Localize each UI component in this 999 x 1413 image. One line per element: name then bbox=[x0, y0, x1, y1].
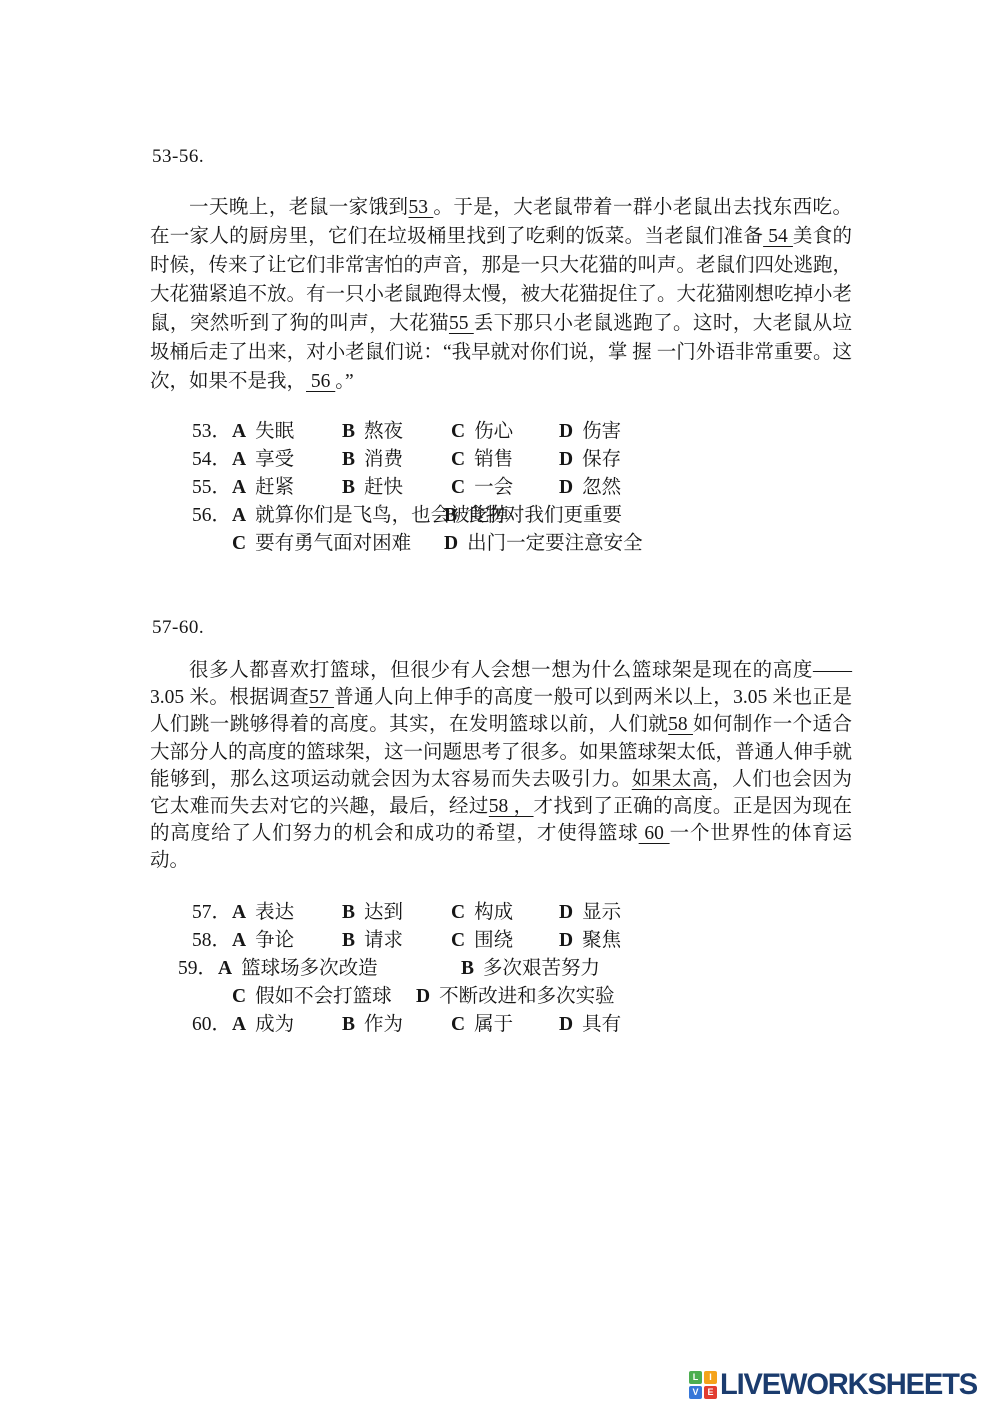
option-53-D[interactable]: D伤害 bbox=[559, 418, 621, 446]
option-54-B[interactable]: B消费 bbox=[342, 446, 451, 474]
liveworksheets-grid-icon: L I V E bbox=[689, 1371, 717, 1399]
option-55-C[interactable]: C一会 bbox=[451, 474, 559, 502]
option-57-C[interactable]: C构成 bbox=[451, 899, 559, 927]
blank-55[interactable]: 55 bbox=[449, 313, 474, 334]
option-56-D[interactable]: D出门一定要注意安全 bbox=[444, 530, 643, 558]
passage-text: 。” bbox=[335, 371, 353, 392]
option-58-C[interactable]: C围绕 bbox=[451, 927, 559, 955]
question-number: 57． bbox=[192, 899, 232, 927]
option-59-A[interactable]: A篮球场多次改造 bbox=[218, 955, 461, 983]
underlined-phrase: 如果太高 bbox=[632, 769, 712, 790]
questions-53-56: 53． A失眠 B熬夜 C伤心 D伤害 54． A享受 B消费 C销售 D保存 … bbox=[192, 418, 872, 558]
passage-53-56: 一天晚上，老鼠一家饿到53 。于是，大老鼠带着一群小老鼠出去找东西吃。在一家人的… bbox=[150, 193, 852, 396]
questions-57-60: 57． A表达 B达到 C构成 D显示 58． A争论 B请求 C围绕 D聚焦 … bbox=[192, 899, 872, 1039]
section-heading-57-60: 57-60. bbox=[152, 617, 204, 638]
question-59-continued: C假如不会打篮球 D不断改进和多次实验 bbox=[192, 983, 872, 1011]
option-58-D[interactable]: D聚焦 bbox=[559, 927, 621, 955]
question-number: 53． bbox=[192, 418, 232, 446]
option-55-D[interactable]: D忽然 bbox=[559, 474, 621, 502]
option-55-A[interactable]: A赶紧 bbox=[232, 474, 342, 502]
question-56-continued: C要有勇气面对困难 D出门一定要注意安全 bbox=[192, 530, 872, 558]
blank-58[interactable]: 58 bbox=[668, 714, 693, 735]
question-number: 59． bbox=[178, 955, 218, 983]
question-59: 59． A篮球场多次改造 B多次艰苦努力 bbox=[178, 955, 872, 983]
question-60: 60． A成为 B作为 C属于 D具有 bbox=[192, 1011, 872, 1039]
question-number: 58． bbox=[192, 927, 232, 955]
question-number-spacer bbox=[192, 983, 232, 1011]
liveworksheets-logo[interactable]: L I V E LIVEWORKSHEETS bbox=[689, 1368, 985, 1402]
worksheet-page: 53-56. 一天晚上，老鼠一家饿到53 。于是，大老鼠带着一群小老鼠出去找东西… bbox=[0, 0, 999, 1413]
logo-square-v: V bbox=[689, 1386, 702, 1399]
blank-56[interactable]: 56 bbox=[306, 371, 335, 392]
logo-square-e: E bbox=[704, 1386, 717, 1399]
option-60-D[interactable]: D具有 bbox=[559, 1011, 621, 1039]
option-57-B[interactable]: B达到 bbox=[342, 899, 451, 927]
option-53-C[interactable]: C伤心 bbox=[451, 418, 559, 446]
option-54-C[interactable]: C销售 bbox=[451, 446, 559, 474]
liveworksheets-wordmark: LIVEWORKSHEETS bbox=[720, 1368, 977, 1402]
question-number: 55． bbox=[192, 474, 232, 502]
blank-54[interactable]: 54 bbox=[763, 226, 793, 247]
logo-square-l: L bbox=[689, 1371, 702, 1384]
blank-59[interactable]: 58 ， bbox=[489, 796, 534, 817]
option-59-D[interactable]: D不断改进和多次实验 bbox=[416, 983, 615, 1011]
option-58-A[interactable]: A争论 bbox=[232, 927, 342, 955]
blank-53[interactable]: 53 bbox=[409, 197, 434, 218]
option-55-B[interactable]: B赶快 bbox=[342, 474, 451, 502]
option-59-B[interactable]: B多次艰苦努力 bbox=[461, 955, 600, 983]
passage-text: 一天晚上，老鼠一家饿到 bbox=[189, 197, 409, 218]
question-53: 53． A失眠 B熬夜 C伤心 D伤害 bbox=[192, 418, 872, 446]
option-56-B[interactable]: B食物对我们更重要 bbox=[444, 502, 622, 530]
option-60-B[interactable]: B作为 bbox=[342, 1011, 451, 1039]
question-number: 56． bbox=[192, 502, 232, 530]
option-59-C[interactable]: C假如不会打篮球 bbox=[232, 983, 416, 1011]
question-57: 57． A表达 B达到 C构成 D显示 bbox=[192, 899, 872, 927]
logo-square-i: I bbox=[704, 1371, 717, 1384]
question-number-spacer bbox=[192, 530, 232, 558]
option-57-A[interactable]: A表达 bbox=[232, 899, 342, 927]
question-54: 54． A享受 B消费 C销售 D保存 bbox=[192, 446, 872, 474]
option-56-C[interactable]: C要有勇气面对困难 bbox=[232, 530, 444, 558]
option-53-B[interactable]: B熬夜 bbox=[342, 418, 451, 446]
passage-57-60: 很多人都喜欢打篮球，但很少有人会想一想为什么篮球架是现在的高度——3.05 米。… bbox=[150, 657, 852, 875]
question-55: 55． A赶紧 B赶快 C一会 D忽然 bbox=[192, 474, 872, 502]
option-60-C[interactable]: C属于 bbox=[451, 1011, 559, 1039]
blank-60[interactable]: 60 bbox=[639, 823, 670, 844]
option-56-A[interactable]: A就算你们是飞鸟，也会被吃掉 bbox=[232, 502, 444, 530]
option-53-A[interactable]: A失眠 bbox=[232, 418, 342, 446]
option-58-B[interactable]: B请求 bbox=[342, 927, 451, 955]
blank-57[interactable]: 57 bbox=[309, 687, 334, 708]
option-54-D[interactable]: D保存 bbox=[559, 446, 621, 474]
question-number: 54． bbox=[192, 446, 232, 474]
question-number: 60． bbox=[192, 1011, 232, 1039]
question-58: 58． A争论 B请求 C围绕 D聚焦 bbox=[192, 927, 872, 955]
option-57-D[interactable]: D显示 bbox=[559, 899, 621, 927]
option-54-A[interactable]: A享受 bbox=[232, 446, 342, 474]
question-56: 56． A就算你们是飞鸟，也会被吃掉 B食物对我们更重要 bbox=[192, 502, 872, 530]
section-heading-53-56: 53-56. bbox=[152, 146, 204, 167]
option-60-A[interactable]: A成为 bbox=[232, 1011, 342, 1039]
